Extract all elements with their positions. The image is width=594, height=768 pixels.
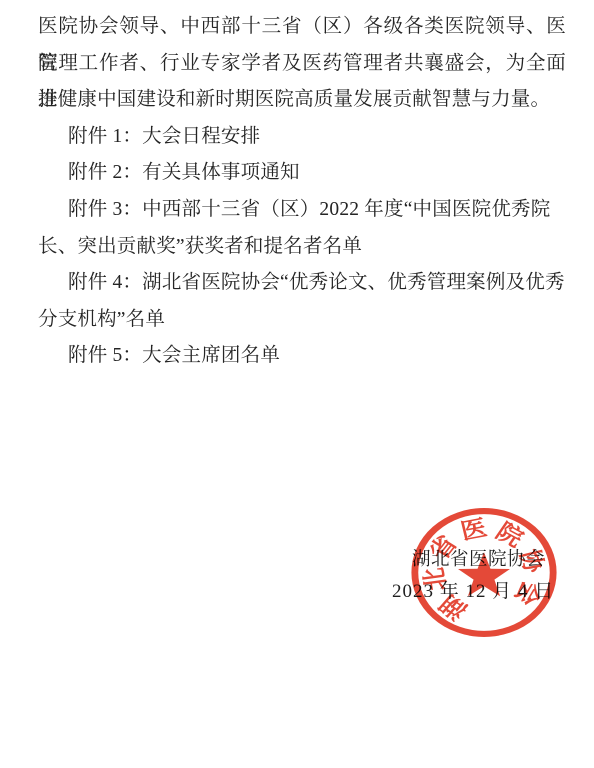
seal-char: 北	[420, 566, 452, 593]
attachment-item-4: 附件 4：湖北省医院协会“优秀论文、优秀管理案例及优秀	[38, 265, 566, 302]
five-pointed-star-icon	[458, 552, 510, 596]
seal-graphic: 湖 北 省 医 院 协 会	[408, 505, 560, 640]
attachment-item-4-continued: 分支机构”名单	[38, 302, 566, 339]
official-seal: 湖 北 省 医 院 协 会	[408, 505, 560, 640]
seal-char: 协	[514, 547, 549, 577]
document-page: 医院协会领导、中西部十三省（区）各级各类医院领导、医院 管理工作者、行业专家学者…	[0, 0, 594, 768]
attachment-item-3-continued: 长、突出贡献奖”获奖者和提名者名单	[38, 229, 566, 266]
attachment-item-2: 附件 2：有关具体事项通知	[38, 155, 566, 192]
attachment-item-1: 附件 1：大会日程安排	[38, 119, 566, 156]
paragraph-line: 管理工作者、行业专家学者及医药管理者共襄盛会，为全面推	[38, 46, 566, 83]
paragraph-line: 医院协会领导、中西部十三省（区）各级各类医院领导、医院	[38, 9, 566, 46]
attachment-item-3: 附件 3：中西部十三省（区）2022 年度“中国医院优秀院	[38, 192, 566, 229]
seal-char: 医	[458, 515, 489, 545]
attachment-item-5: 附件 5：大会主席团名单	[38, 338, 566, 375]
paragraph-line: 进健康中国建设和新时期医院高质量发展贡献智慧与力量。	[38, 82, 566, 119]
document-body: 医院协会领导、中西部十三省（区）各级各类医院领导、医院 管理工作者、行业专家学者…	[38, 9, 566, 375]
